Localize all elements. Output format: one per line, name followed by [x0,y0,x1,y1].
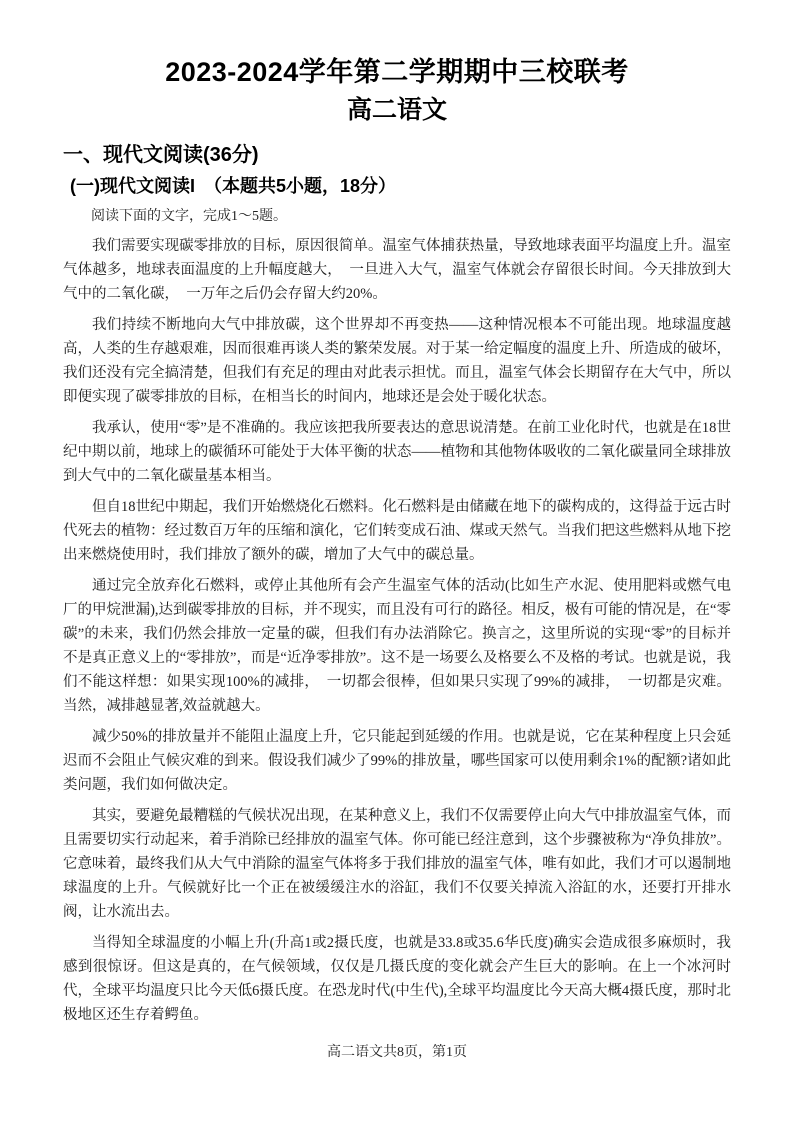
subsection-heading-reading-1: (一)现代文阅读I （本题共5小题，18分） [70,175,731,198]
reading-passage: 我们需要实现碳零排放的目标，原因很简单。温室气体捕获热量，导致地球表面平均温度上… [63,234,731,1027]
reading-instruction: 阅读下面的文字，完成1～5题。 [63,207,731,227]
exam-paper-page: 2023-2024学年第二学期期中三校联考 高二语文 一、现代文阅读(36分) … [0,0,794,1122]
passage-paragraph-2: 我们持续不断地向大气中排放碳，这个世界却不再变热——这种情况根本不可能出现。地球… [63,313,731,409]
page-footer: 高二语文共8页，第1页 [63,1041,731,1061]
page-title: 2023-2024学年第二学期期中三校联考 [63,56,731,90]
page-subtitle: 高二语文 [63,95,731,125]
passage-paragraph-8: 当得知全球温度的小幅上升(升高1或2摄氏度，也就是33.8或35.6华氏度)确实… [63,931,731,1027]
passage-paragraph-5: 通过完全放弃化石燃料，或停止其他所有会产生温室气体的活动(比如生产水泥、使用肥料… [63,574,731,718]
passage-paragraph-4: 但自18世纪中期起，我们开始燃烧化石燃料。化石燃料是由储藏在地下的碳构成的，这得… [63,495,731,567]
passage-paragraph-7: 其实，要避免最糟糕的气候状况出现，在某种意义上，我们不仅需要停止向大气中排放温室… [63,804,731,924]
passage-paragraph-1: 我们需要实现碳零排放的目标，原因很简单。温室气体捕获热量，导致地球表面平均温度上… [63,234,731,306]
passage-paragraph-3: 我承认，使用“零”是不准确的。我应该把我所要表达的意思说清楚。在前工业化时代，也… [63,416,731,488]
section-heading-modern-reading: 一、现代文阅读(36分) [63,142,731,168]
passage-paragraph-6: 减少50%的排放量并不能阻止温度上升，它只能起到延缓的作用。也就是说，它在某种程… [63,725,731,797]
